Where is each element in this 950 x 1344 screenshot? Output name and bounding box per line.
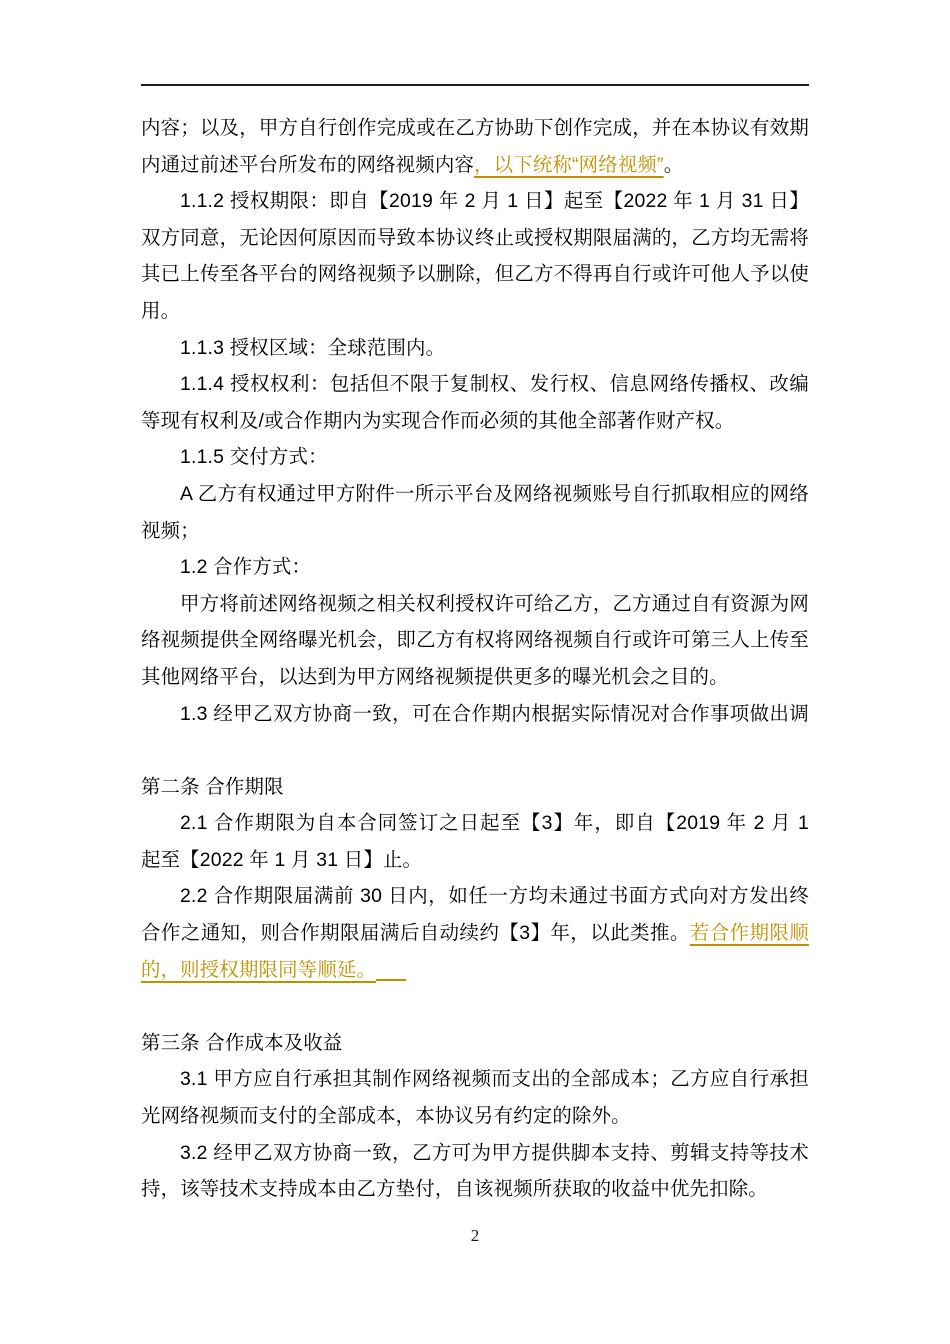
text-run: 1.1.2 授权期限：即自【2019 年 2 月 1 日】起至【2022 年 1… <box>141 190 809 220</box>
page-number: 2 <box>141 1226 809 1246</box>
text-line: 的，则授权期限同等顺延。 <box>141 952 809 989</box>
text-line: 用。 <box>141 293 809 330</box>
text-line: 光网络视频而支付的全部成本，本协议另有约定的除外。 <box>141 1098 809 1135</box>
text-run: 起至【2022 年 1 月 31 日】止。 <box>141 849 422 871</box>
text-line: 1.1.2 授权期限：即自【2019 年 2 月 1 日】起至【2022 年 1… <box>141 183 809 220</box>
text-run: 1.1.4 授权权利：包括但不限于复制权、发行权、信息网络传播权、改编权 <box>141 373 809 403</box>
text-line: 视频； <box>141 513 809 550</box>
text-run: 等现有权利及/或合作期内为实现合作而必须的其他全部著作财产权。 <box>141 410 734 432</box>
text-line: 持，该等技术支持成本由乙方垫付，自该视频所获取的收益中优先扣除。 <box>141 1171 809 1208</box>
inserted-text-run: 的，则授权期限同等顺延。 <box>141 959 406 981</box>
text-line: 3.2 经甲乙双方协商一致，乙方可为甲方提供脚本支持、剪辑支持等技术支 <box>141 1135 809 1172</box>
text-line: 其他网络平台，以达到为甲方网络视频提供更多的曝光机会之目的。 <box>141 659 809 696</box>
text-line: 起至【2022 年 1 月 31 日】止。 <box>141 842 809 879</box>
text-run: 第三条 合作成本及收益 <box>141 1032 343 1054</box>
text-run: 甲方将前述网络视频之相关权利授权许可给乙方，乙方通过自有资源为网 <box>180 593 809 615</box>
text-line: 合作之通知，则合作期限届满后自动续约【3】年，以此类推。若合作期限顺延 <box>141 915 809 952</box>
text-run: 1.2 合作方式： <box>180 556 311 578</box>
text-run: 第二条 合作期限 <box>141 776 284 798</box>
text-run: 络视频提供全网络曝光机会，即乙方有权将网络视频自行或许可第三人上传至 <box>141 629 809 651</box>
text-run: 1.1.5 交付方式： <box>180 446 328 468</box>
document-page: 内容；以及，甲方自行创作完成或在乙方协助下创作完成，并在本协议有效期内通过前述平… <box>0 0 950 1344</box>
text-run: 视频； <box>141 520 200 542</box>
text-run: 其已上传至各平台的网络视频予以删除，但乙方不得再自行或许可他人予以使 <box>141 263 809 285</box>
text-line: 2.2 合作期限届满前 30 日内，如任一方均未通过书面方式向对方发出终止 <box>141 878 809 915</box>
text-line: 其已上传至各平台的网络视频予以删除，但乙方不得再自行或许可他人予以使 <box>141 256 809 293</box>
text-run: 内容；以及，甲方自行创作完成或在乙方协助下创作完成，并在本协议有效期 <box>141 117 809 139</box>
text-line: 甲方将前述网络视频之相关权利授权许可给乙方，乙方通过自有资源为网 <box>141 586 809 623</box>
text-line: 内通过前述平台所发布的网络视频内容，以下统称“网络视频”。 <box>141 147 809 184</box>
text-line: 内容；以及，甲方自行创作完成或在乙方协助下创作完成，并在本协议有效期 <box>141 110 809 147</box>
text-line: 1.1.3 授权区域：全球范围内。 <box>141 330 809 367</box>
text-run: 3.1 甲方应自行承担其制作网络视频而支出的全部成本；乙方应自行承担曝 <box>141 1068 809 1098</box>
text-line: 2.1 合作期限为自本合同签订之日起至【3】年，即自【2019 年 2 月 1 … <box>141 805 809 842</box>
text-run: 双方同意，无论因何原因而导致本协议终止或授权期限届满的，乙方均无需将 <box>141 227 809 249</box>
text-run: A 乙方有权通过甲方附件一所示平台及网络视频账号自行抓取相应的网络 <box>180 483 809 505</box>
text-run: 。 <box>664 154 684 176</box>
text-run: 持，该等技术支持成本由乙方垫付，自该视频所获取的收益中优先扣除。 <box>141 1178 768 1200</box>
text-run: 其他网络平台，以达到为甲方网络视频提供更多的曝光机会之目的。 <box>141 666 729 688</box>
text-run: 合作之通知，则合作期限届满后自动续约【3】年，以此类推。 <box>141 922 690 944</box>
text-run: 光网络视频而支付的全部成本，本协议另有约定的除外。 <box>141 1105 631 1127</box>
header-rule <box>141 84 809 86</box>
text-line: 双方同意，无论因何原因而导致本协议终止或授权期限届满的，乙方均无需将 <box>141 220 809 257</box>
text-run: 2.2 合作期限届满前 30 日内，如任一方均未通过书面方式向对方发出终止 <box>141 885 809 915</box>
text-line: 1.1.4 授权权利：包括但不限于复制权、发行权、信息网络传播权、改编权 <box>141 366 809 403</box>
text-run: 1.1.3 授权区域：全球范围内。 <box>180 337 445 359</box>
text-line: 1.2 合作方式： <box>141 549 809 586</box>
text-run: 内通过前述平台所发布的网络视频内容 <box>141 154 474 176</box>
text-run: 2.1 合作期限为自本合同签订之日起至【3】年，即自【2019 年 2 月 1 … <box>141 812 809 842</box>
text-line: 3.1 甲方应自行承担其制作网络视频而支出的全部成本；乙方应自行承担曝 <box>141 1061 809 1098</box>
text-line: 等现有权利及/或合作期内为实现合作而必须的其他全部著作财产权。 <box>141 403 809 440</box>
text-line: 1.1.5 交付方式： <box>141 439 809 476</box>
section-heading: 第三条 合作成本及收益 <box>141 1025 809 1062</box>
text-line: A 乙方有权通过甲方附件一所示平台及网络视频账号自行抓取相应的网络 <box>141 476 809 513</box>
text-line: 1.3 经甲乙双方协商一致，可在合作期内根据实际情况对合作事项做出调整。 <box>141 696 809 733</box>
text-line: 络视频提供全网络曝光机会，即乙方有权将网络视频自行或许可第三人上传至 <box>141 622 809 659</box>
section-heading: 第二条 合作期限 <box>141 769 809 806</box>
document-body: 内容；以及，甲方自行创作完成或在乙方协助下创作完成，并在本协议有效期内通过前述平… <box>141 110 809 1208</box>
text-run: 1.3 经甲乙双方协商一致，可在合作期内根据实际情况对合作事项做出调整。 <box>141 703 809 733</box>
inserted-text-run: ，以下统称“网络视频” <box>474 154 664 176</box>
text-run: 3.2 经甲乙双方协商一致，乙方可为甲方提供脚本支持、剪辑支持等技术支 <box>141 1142 809 1172</box>
text-run: 用。 <box>141 300 180 322</box>
